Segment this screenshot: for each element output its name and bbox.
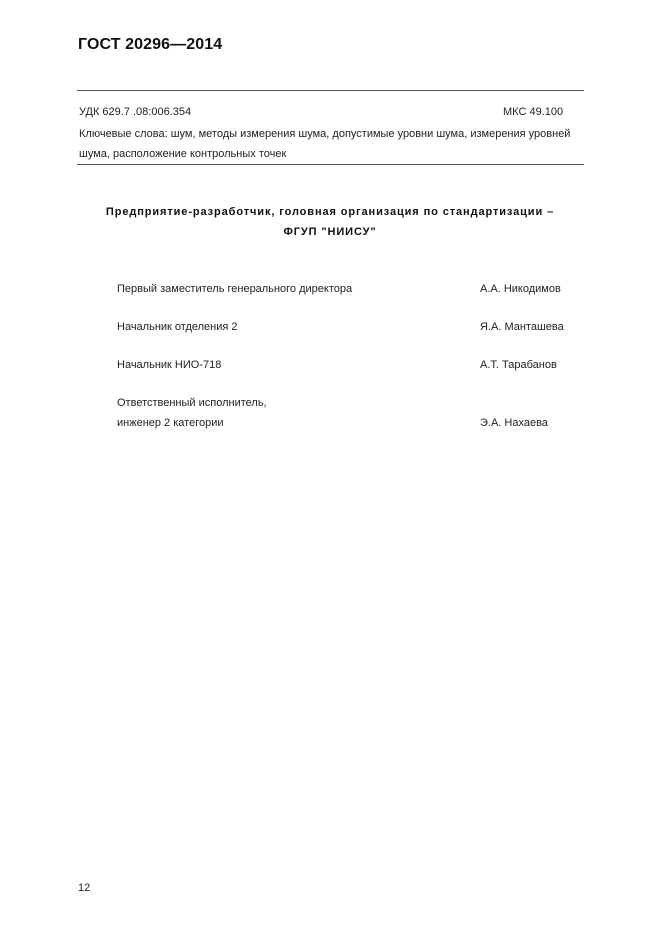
signer-position-line: Начальник НИО-718 bbox=[117, 355, 437, 375]
developer-organization: Предприятие-разработчик, головная органи… bbox=[80, 202, 580, 242]
standard-designation: ГОСТ 20296—2014 bbox=[78, 36, 222, 54]
divider-top bbox=[77, 90, 584, 91]
page-number: 12 bbox=[78, 882, 90, 894]
developer-line-2: ФГУП "НИИСУ" bbox=[80, 222, 580, 242]
keywords-block: Ключевые слова: шум, методы измерения шу… bbox=[79, 124, 589, 164]
signer-name: Я.А. Манташева bbox=[480, 317, 564, 337]
signer-position: Ответственный исполнитель, инженер 2 кат… bbox=[117, 393, 437, 433]
signer-position-line: инженер 2 категории bbox=[117, 413, 437, 433]
signer-name: А.Т. Тарабанов bbox=[480, 355, 557, 375]
signer-name: Э.А. Нахаева bbox=[480, 413, 548, 433]
signer-position: Начальник отделения 2 bbox=[117, 317, 437, 337]
signer-position: Первый заместитель генерального директор… bbox=[117, 279, 437, 299]
signer-position-line: Ответственный исполнитель, bbox=[117, 393, 437, 413]
keywords-line-2: шума, расположение контрольных точек bbox=[79, 144, 589, 164]
developer-line-1: Предприятие-разработчик, головная органи… bbox=[80, 202, 580, 222]
signer-name: А.А. Никодимов bbox=[480, 279, 561, 299]
signer-position: Начальник НИО-718 bbox=[117, 355, 437, 375]
mks-code: МКС 49.100 bbox=[503, 106, 563, 118]
signer-position-line: Первый заместитель генерального директор… bbox=[117, 279, 437, 299]
signer-position-line: Начальник отделения 2 bbox=[117, 317, 437, 337]
keywords-line-1: Ключевые слова: шум, методы измерения шу… bbox=[79, 124, 589, 144]
divider-bottom bbox=[77, 164, 584, 165]
udc-code: УДК 629.7 .08:006.354 bbox=[79, 106, 191, 118]
